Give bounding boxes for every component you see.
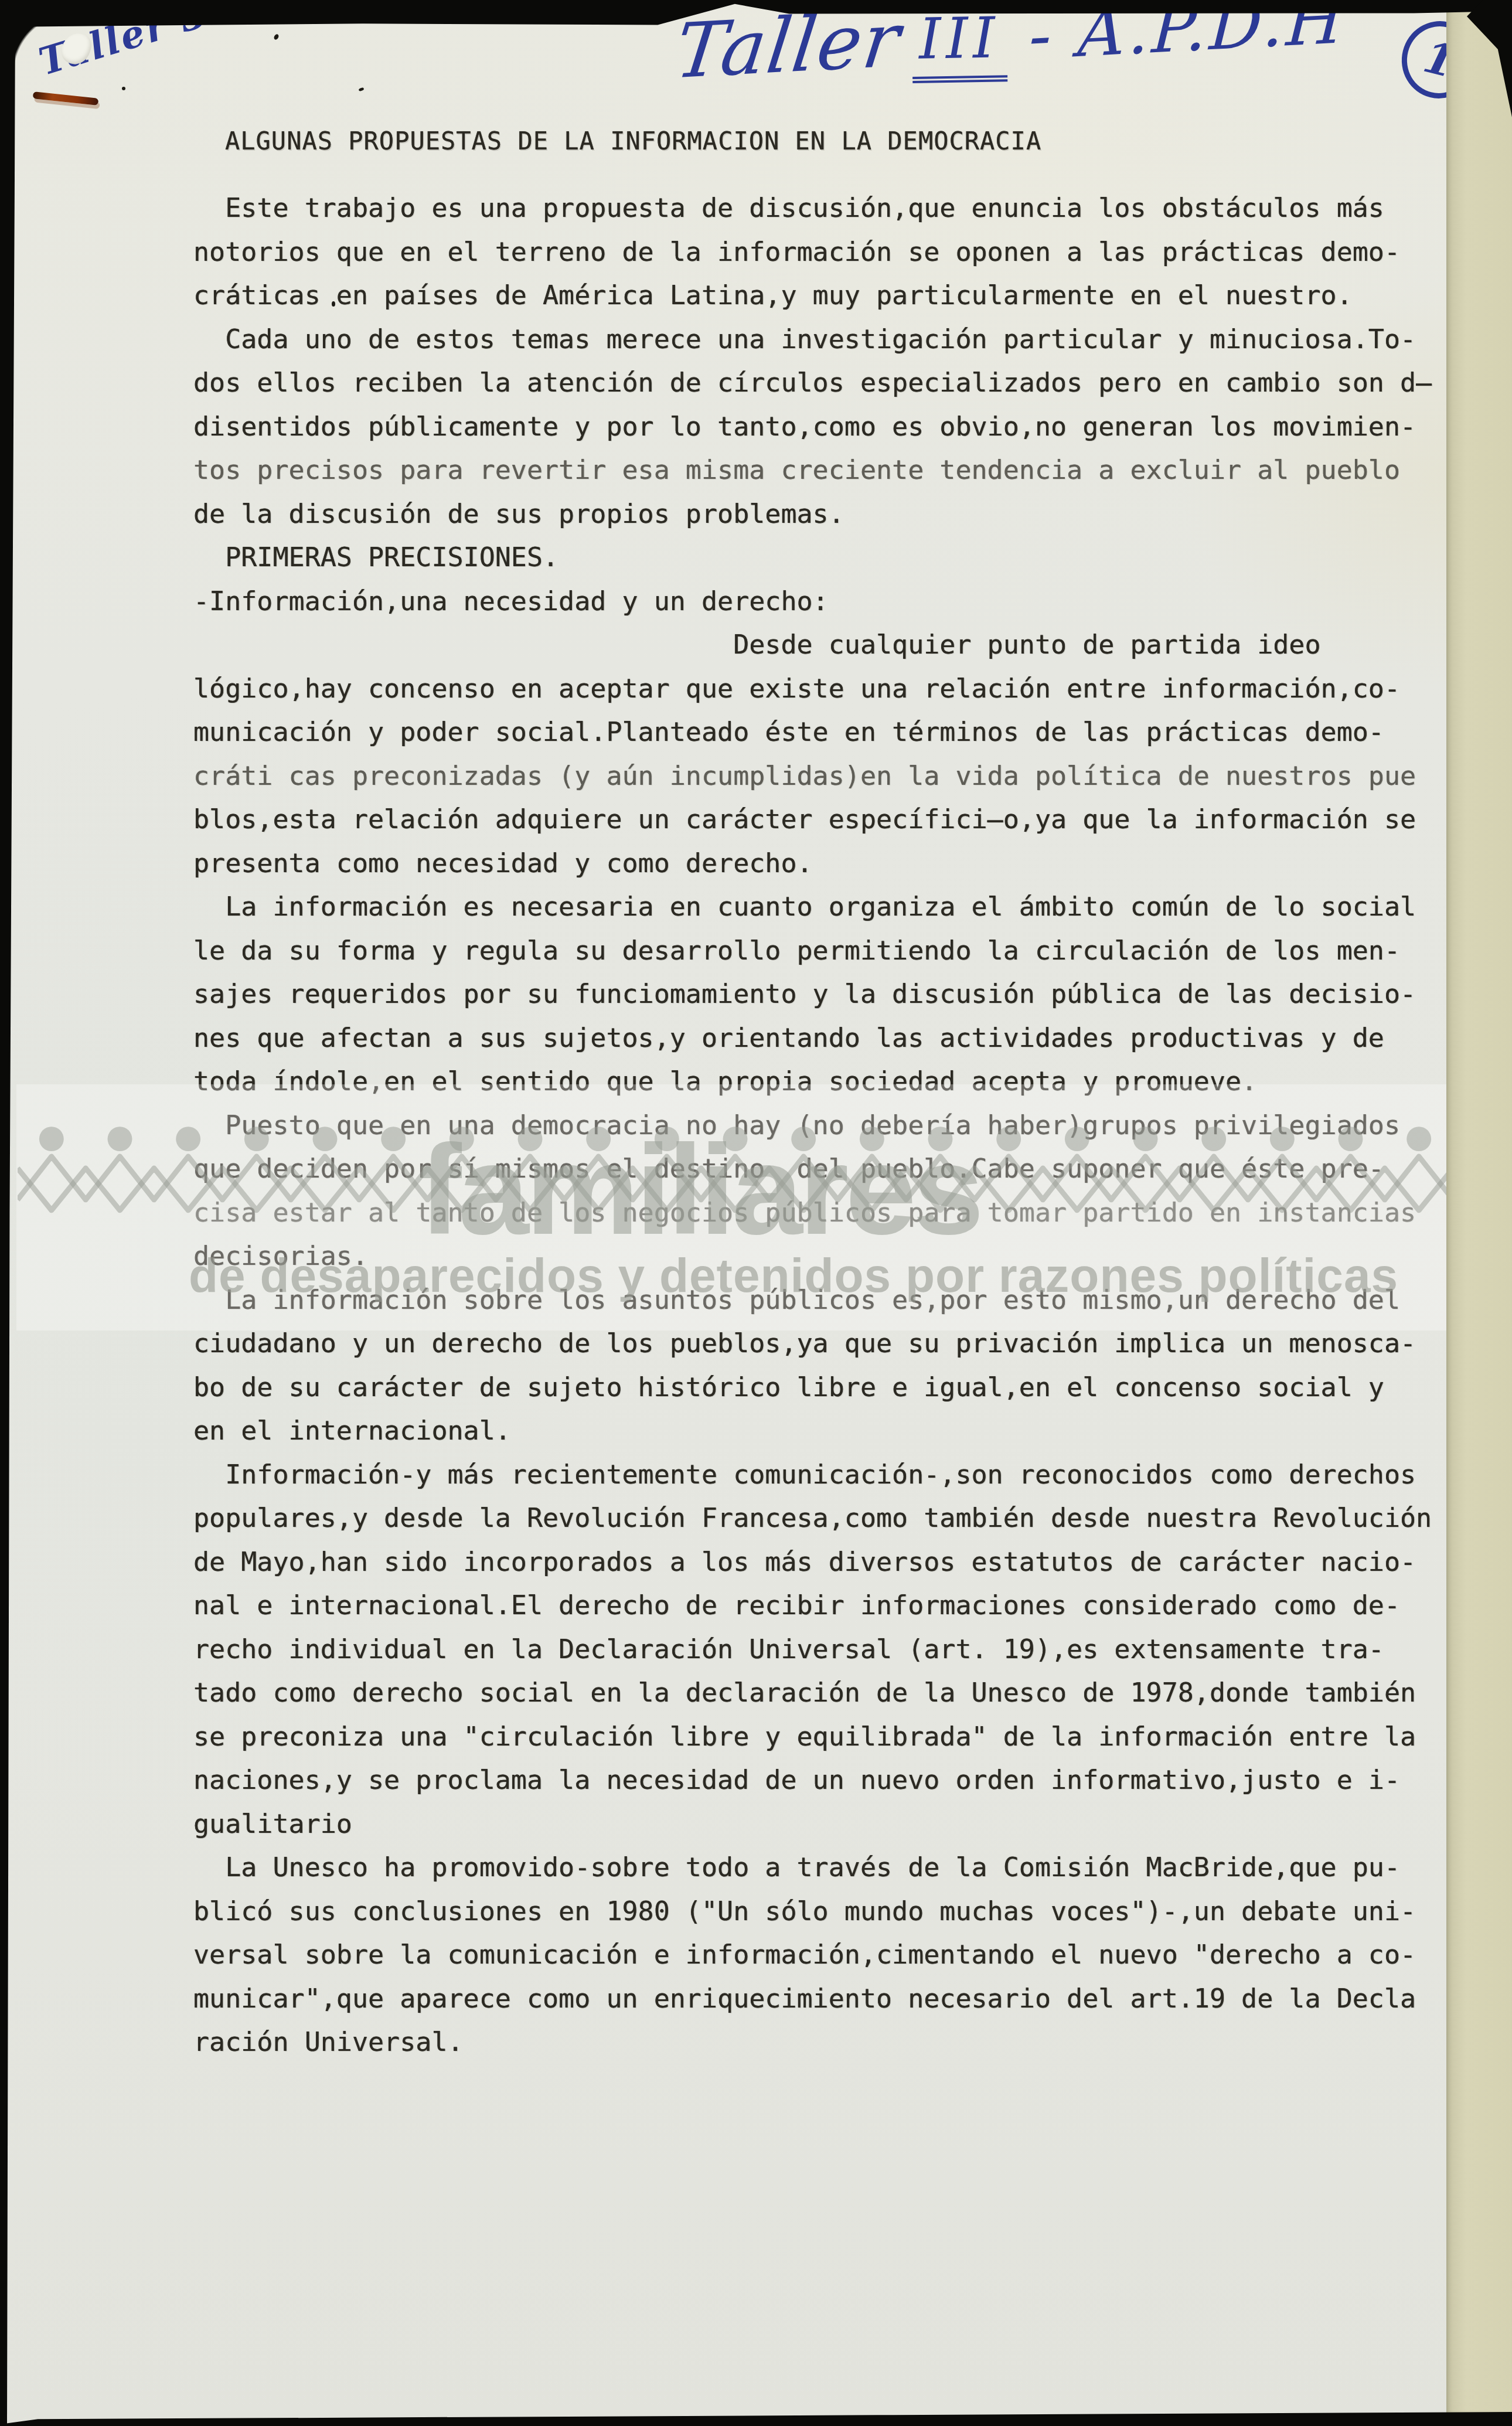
text-line: le da su forma y regula su desarrollo pe… bbox=[193, 929, 1432, 973]
text-line: recho individual en la Declaración Unive… bbox=[193, 1628, 1432, 1672]
text-line: ración Universal. bbox=[193, 2020, 1432, 2064]
handwritten-header-note: Taller III - A.P.D.H bbox=[674, 0, 1349, 102]
text-line: cráti cas preconizadas (y aún incumplida… bbox=[193, 754, 1432, 798]
text-line: notorios que en el terreno de la informa… bbox=[193, 230, 1432, 274]
text-line: bo de su carácter de sujeto histórico li… bbox=[193, 1366, 1432, 1410]
scan-edge-right-paper bbox=[1446, 0, 1512, 2426]
text-line: en el internacional. bbox=[193, 1409, 1432, 1453]
text-line: nes que afectan a sus sujetos,y orientan… bbox=[193, 1016, 1432, 1060]
text-line: lógico,hay concenso en aceptar que exist… bbox=[193, 667, 1432, 711]
header-note-word: Taller bbox=[671, 0, 905, 96]
text-line: municar",que aparece como un enriquecimi… bbox=[193, 1977, 1432, 2021]
ink-speck bbox=[273, 33, 280, 40]
text-line: se preconiza una "circulación libre y eq… bbox=[193, 1715, 1432, 1759]
text-line: versal sobre la comunicación e informaci… bbox=[193, 1933, 1432, 1977]
text-line: tos precisos para revertir esa misma cre… bbox=[193, 448, 1432, 492]
text-line: La Unesco ha promovido-sobre todo a trav… bbox=[193, 1846, 1432, 1890]
text-line: municación y poder social.Planteado éste… bbox=[193, 710, 1432, 754]
text-line: tado como derecho social en la declaraci… bbox=[193, 1671, 1432, 1715]
scan-edge-left bbox=[0, 0, 18, 2426]
text-line: La información es necesaria en cuanto or… bbox=[193, 885, 1432, 929]
ink-speck bbox=[332, 301, 335, 307]
text-line: de Mayo,han sido incorporados a los más … bbox=[193, 1540, 1432, 1584]
text-line: dos ellos reciben la atención de círculo… bbox=[193, 361, 1432, 405]
scanned-document-page: ALGUNAS PROPUESTAS DE LA INFORMACION EN … bbox=[0, 0, 1512, 2426]
scan-corner-top-left bbox=[0, 0, 82, 82]
text-line: Información-y más recientemente comunica… bbox=[193, 1453, 1432, 1497]
text-line: blos,esta relación adquiere un carácter … bbox=[193, 798, 1432, 842]
text-line: sajes requeridos por su funciomamiento y… bbox=[193, 972, 1432, 1016]
text-line: Cada uno de estos temas merece una inves… bbox=[193, 318, 1432, 362]
text-line: populares,y desde la Revolución Francesa… bbox=[193, 1496, 1432, 1540]
text-line: PRIMERAS PRECISIONES. bbox=[193, 536, 1432, 580]
text-line: cráticas en países de América Latina,y m… bbox=[193, 274, 1432, 318]
ink-speck bbox=[358, 87, 364, 92]
text-line: disentidos públicamente y por lo tanto,c… bbox=[193, 405, 1432, 449]
text-line: Este trabajo es una propuesta de discusi… bbox=[193, 186, 1432, 230]
text-line: blicó sus conclusiones en 1980 ("Un sólo… bbox=[193, 1890, 1432, 1934]
rust-stain bbox=[33, 91, 99, 106]
header-note-numeral: III bbox=[911, 5, 1007, 83]
scan-edge-bottom bbox=[0, 2411, 1512, 2426]
text-line: de la discusión de sus propios problemas… bbox=[193, 492, 1432, 536]
document-title: ALGUNAS PROPUESTAS DE LA INFORMACION EN … bbox=[225, 129, 1041, 154]
ink-speck bbox=[122, 87, 125, 90]
text-line: presenta como necesidad y como derecho. bbox=[193, 842, 1432, 886]
watermark-word: familiares bbox=[419, 1127, 980, 1254]
text-line: Desde cualquier punto de partida ideo bbox=[193, 623, 1432, 667]
text-line: naciones,y se proclama la necesidad de u… bbox=[193, 1758, 1432, 1802]
text-line: gualitario bbox=[193, 1802, 1432, 1846]
text-line: nal e internacional.El derecho de recibi… bbox=[193, 1584, 1432, 1628]
text-line: -Información,una necesidad y un derecho: bbox=[193, 580, 1432, 624]
watermark-subtitle: de desaparecidos y detenidos por razones… bbox=[189, 1252, 1398, 1300]
